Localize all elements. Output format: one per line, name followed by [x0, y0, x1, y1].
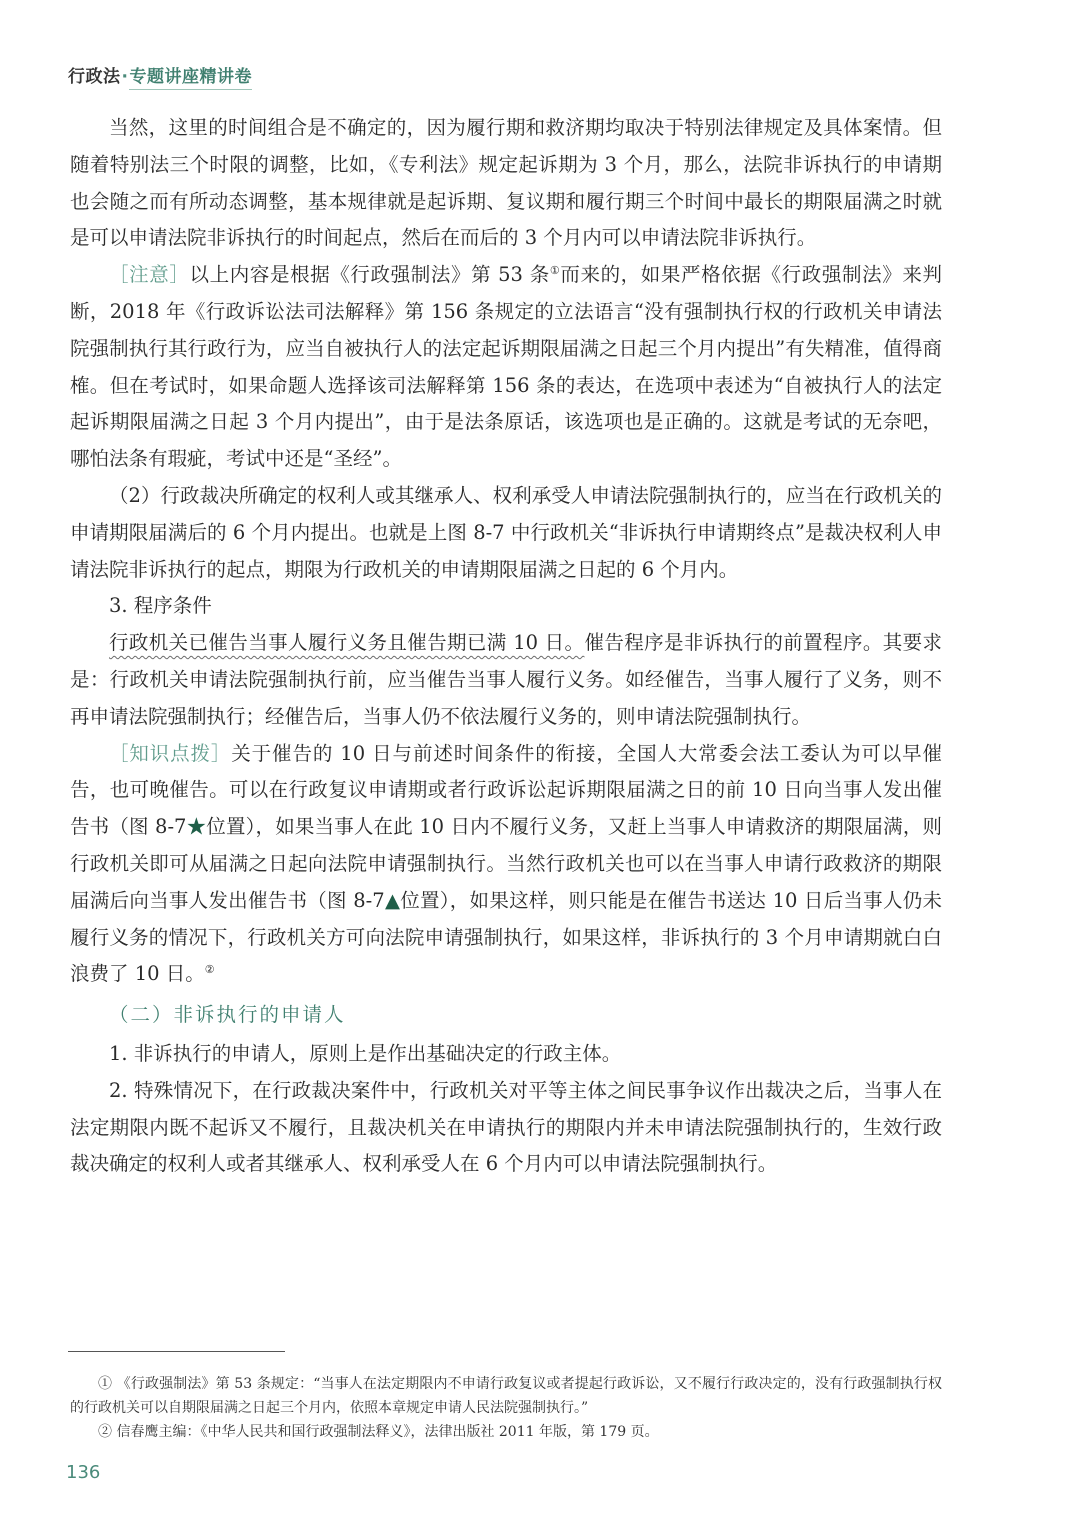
header-separator: ·: [122, 67, 129, 87]
paragraph-ruling-enforcement: （2）行政裁决所确定的权利人或其继承人、权利承受人申请法院强制执行的，应当在行政…: [70, 478, 942, 588]
note-text-cont: 而来的，如果严格依据《行政强制法》来判断，2018 年《行政诉讼法司法解释》第 …: [70, 263, 942, 470]
page-number: 136: [66, 1462, 100, 1483]
note-label-attention: ［注意］: [109, 263, 189, 286]
footnote-ref-1[interactable]: ①: [550, 264, 560, 277]
footnote-ref-2[interactable]: ②: [205, 963, 215, 976]
star-icon: ★: [186, 815, 206, 838]
note-text: 以上内容是根据《行政强制法》第 53 条: [189, 263, 549, 286]
subheading-procedure-conditions: 3. 程序条件: [70, 588, 942, 625]
note-label-knowledge: ［知识点拨］: [109, 742, 231, 765]
note-attention: ［注意］以上内容是根据《行政强制法》第 53 条①而来的，如果严格依据《行政强制…: [70, 257, 942, 478]
footnote-divider: [68, 1351, 285, 1352]
paragraph-time-combination: 当然，这里的时间组合是不确定的，因为履行期和救济期均取决于特别法律规定及具体案情…: [70, 110, 942, 257]
list-item-2: 2. 特殊情况下，在行政裁决案件中，行政机关对平等主体之间民事争议作出裁决之后，…: [70, 1073, 942, 1183]
series-title: 专题讲座精讲卷: [129, 67, 252, 90]
footnote-1: ① 《行政强制法》第 53 条规定：“当事人在法定期限内不申请行政复议或者提起行…: [70, 1372, 942, 1420]
running-head: 行政法·专题讲座精讲卷: [68, 62, 252, 87]
emphasized-text: 行政机关已催告当事人履行义务且催告期已满 10 日。: [109, 631, 584, 654]
note-knowledge-tip: ［知识点拨］关于催告的 10 日与前述时间条件的衔接，全国人大常委会法工委认为可…: [70, 736, 942, 994]
triangle-icon: ▲: [385, 889, 401, 912]
page-body: 当然，这里的时间组合是不确定的，因为履行期和救济期均取决于特别法律规定及具体案情…: [70, 110, 942, 1183]
footnotes: ① 《行政强制法》第 53 条规定：“当事人在法定期限内不申请行政复议或者提起行…: [70, 1372, 942, 1444]
footnote-2: ② 信春鹰主编：《中华人民共和国行政强制法释义》，法律出版社 2011 年版，第…: [70, 1420, 942, 1444]
book-subject: 行政法: [68, 67, 121, 87]
section-heading-applicant: （二）非诉执行的申请人: [70, 997, 942, 1034]
list-item-1: 1. 非诉执行的申请人，原则上是作出基础决定的行政主体。: [70, 1036, 942, 1073]
paragraph-procedure: 行政机关已催告当事人履行义务且催告期已满 10 日。催告程序是非诉执行的前置程序…: [70, 625, 942, 735]
